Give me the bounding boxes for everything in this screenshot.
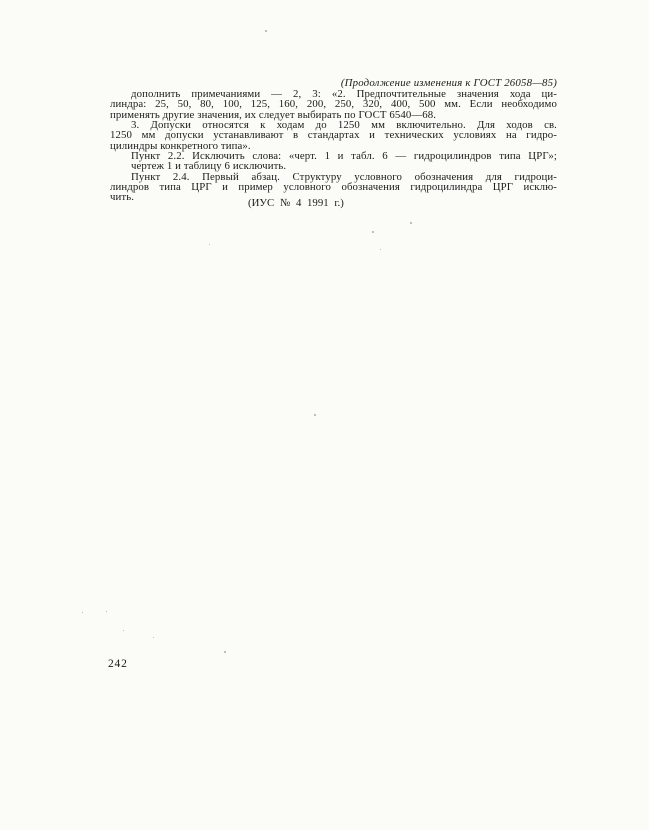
scan-speck: [372, 231, 374, 233]
scan-speck: [82, 612, 83, 613]
scan-speck: [410, 222, 412, 224]
page-number: 242: [108, 658, 128, 670]
issue-note: (ИУС № 4 1991 г.): [248, 198, 344, 209]
body-text: дополнить примечаниями — 2, 3: «2. Предп…: [110, 89, 557, 203]
scan-speck: [209, 244, 210, 245]
document-page: (Продолжение изменения к ГОСТ 26058—85) …: [0, 0, 649, 830]
scan-speck: [123, 630, 124, 631]
scan-speck: [153, 637, 154, 638]
text-line: линдров типа ЦРГ и пример условного обоз…: [110, 182, 557, 192]
scan-speck: [265, 30, 267, 32]
scan-speck: [380, 249, 381, 250]
scan-speck: [224, 651, 226, 653]
scan-speck: [106, 611, 107, 612]
scan-speck: [314, 414, 316, 416]
